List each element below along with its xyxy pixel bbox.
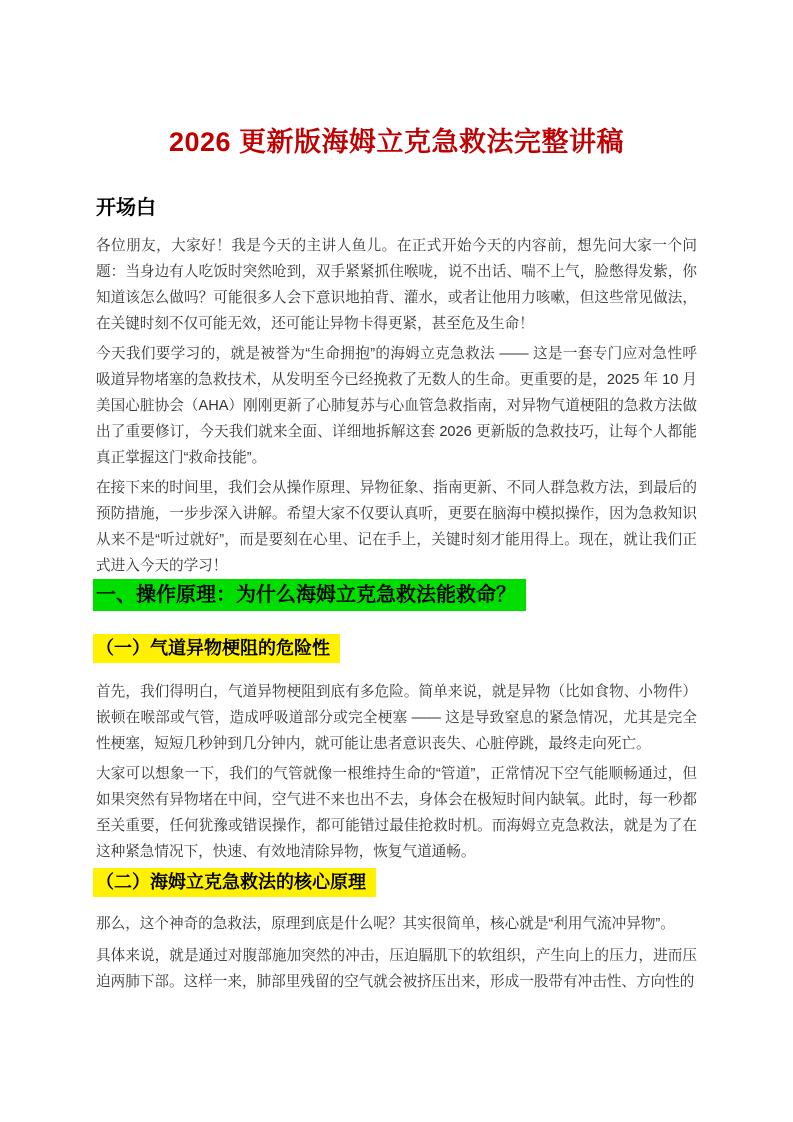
heading-subsection-1-2-yellow-highlight: （二）海姆立克急救法的核心原理 xyxy=(93,868,376,897)
heading-section-1-green-highlight: 一、操作原理：为什么海姆立克急救法能救命？ xyxy=(93,579,526,611)
heading-opening: 开场白 xyxy=(96,195,697,221)
heading-subsection-1-1-yellow-highlight: （一）气道异物梗阻的危险性 xyxy=(93,634,340,663)
document-page: 2026 更新版海姆立克急救法完整讲稿 开场白 各位朋友，大家好！我是今天的主讲… xyxy=(0,0,793,1122)
paragraph-sub2-1: 那么，这个神奇的急救法，原理到底是什么呢？其实很简单，核心就是“利用气流冲异物”… xyxy=(96,911,697,937)
paragraph-sub2-2: 具体来说，就是通过对腹部施加突然的冲击，压迫膈肌下的软组织，产生向上的压力，进而… xyxy=(96,943,697,995)
paragraph-opening-1: 各位朋友，大家好！我是今天的主讲人鱼儿。在正式开始今天的内容前，想先问大家一个问… xyxy=(96,233,697,337)
paragraph-opening-2: 今天我们要学习的，就是被誉为“生命拥抱”的海姆立克急救法 —— 这是一套专门应对… xyxy=(96,341,697,471)
document-title: 2026 更新版海姆立克急救法完整讲稿 xyxy=(96,125,697,159)
paragraph-sub1-1: 首先，我们得明白，气道异物梗阻到底有多危险。简单来说，就是异物（比如食物、小物件… xyxy=(96,679,697,757)
paragraph-sub1-2: 大家可以想象一下，我们的气管就像一根维持生命的“管道”，正常情况下空气能顺畅通过… xyxy=(96,761,697,865)
paragraph-opening-3: 在接下来的时间里，我们会从操作原理、异物征象、指南更新、不同人群急救方法，到最后… xyxy=(96,475,697,579)
